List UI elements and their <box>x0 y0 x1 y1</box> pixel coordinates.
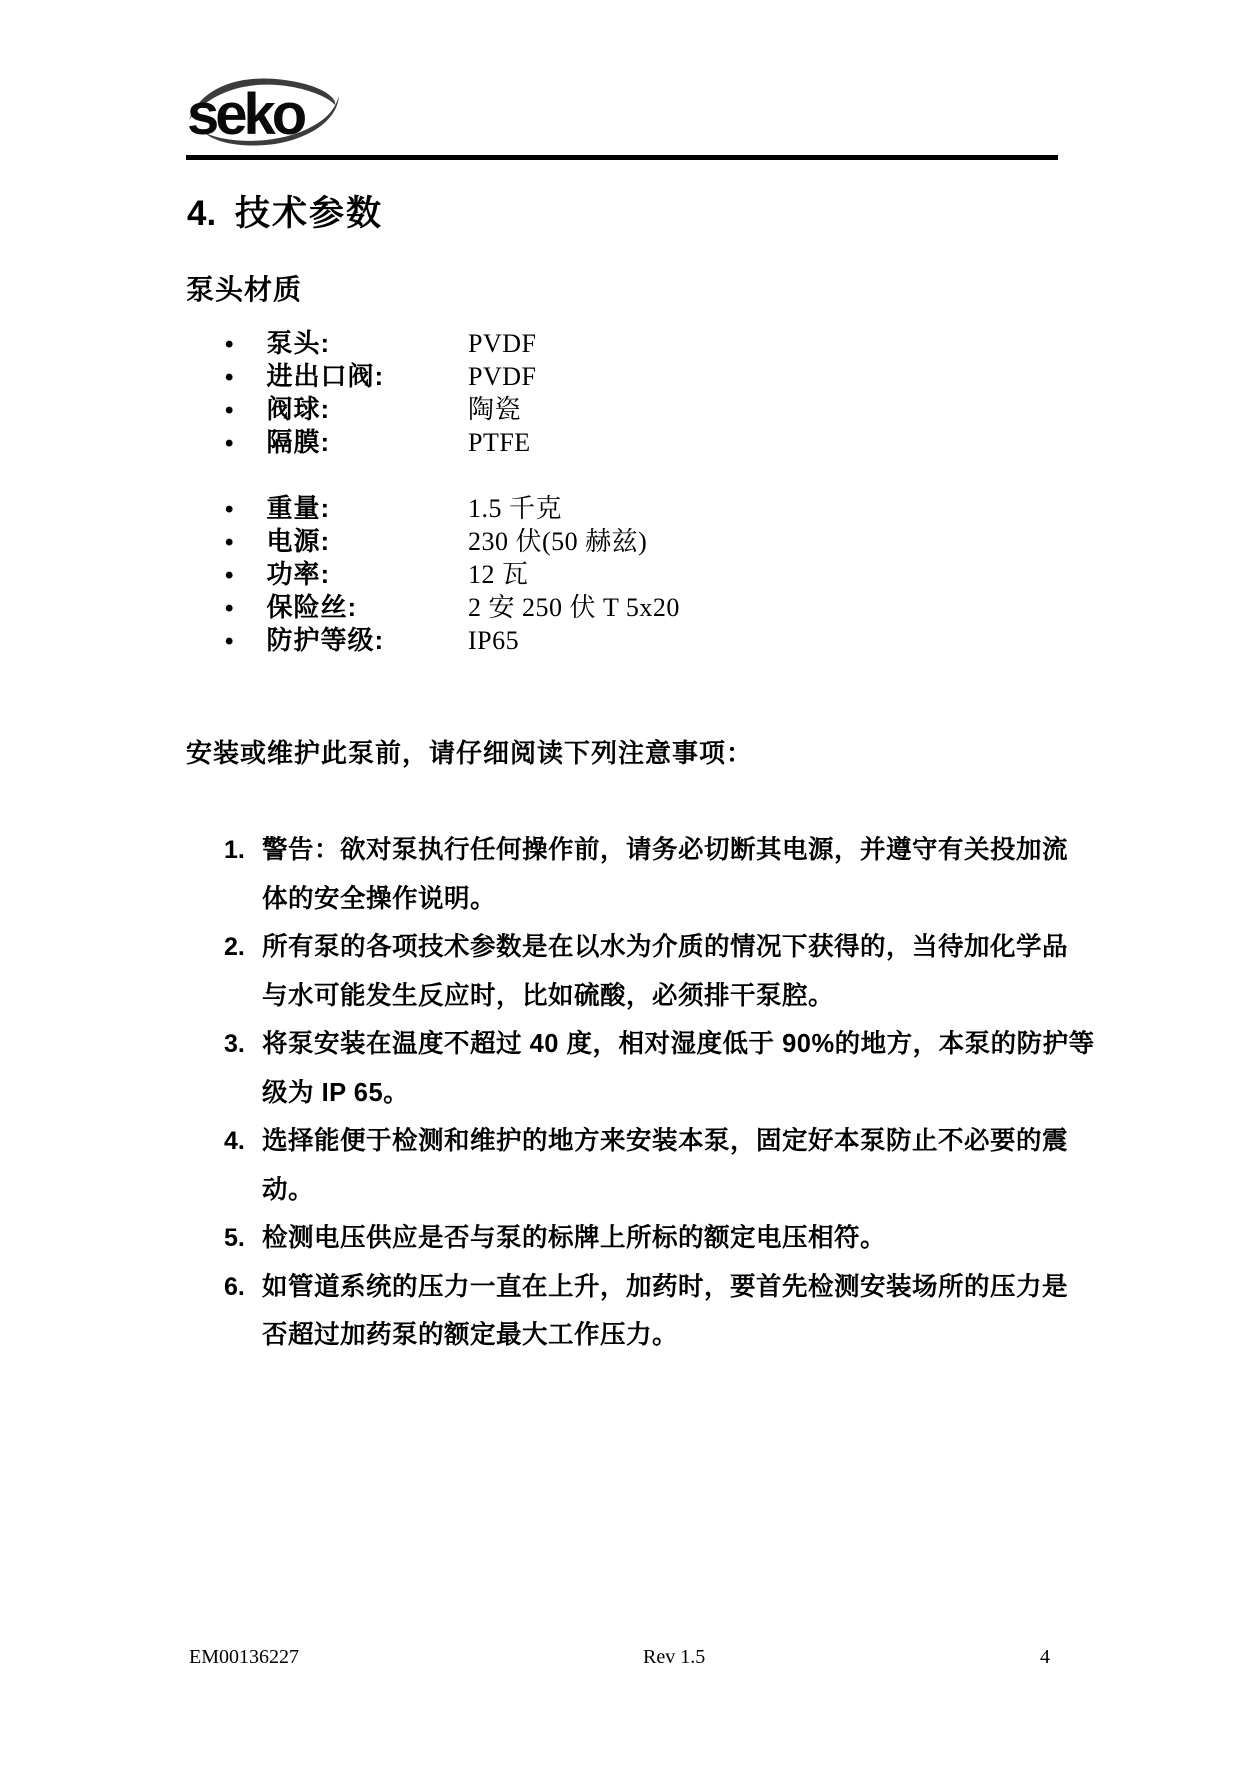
footer-doc-id: EM00136227 <box>189 1646 299 1669</box>
list-item-number: 1. <box>224 826 262 875</box>
text-line: 级为 IP 65。 <box>262 1069 1095 1118</box>
list-item: 3. 将泵安装在温度不超过 40 度，相对湿度低于 90%的地方，本泵的防护等 … <box>224 1020 1064 1117</box>
spec-label: 保险丝: <box>266 592 357 622</box>
spec-label: 阀球: <box>266 394 330 424</box>
seko-logo-graphic: seko <box>183 74 345 150</box>
list-item-number: 2. <box>224 923 262 972</box>
text-line: 选择能便于检测和维护的地方来安装本泵，固定好本泵防止不必要的震 <box>262 1117 1068 1166</box>
spec-value: IP65 <box>468 624 519 657</box>
list-item-number: 5. <box>224 1214 262 1263</box>
text-line: 将泵安装在温度不超过 40 度，相对湿度低于 90%的地方，本泵的防护等 <box>262 1020 1095 1069</box>
bullet-icon: • <box>225 361 262 394</box>
spec-label: 防护等级: <box>266 625 384 655</box>
general-spec-list: • 重量: 1.5 千克 • 电源: 230 伏(50 赫兹) • 功率: 12… <box>225 492 925 657</box>
section-heading: 4.技术参数 <box>187 186 383 236</box>
list-item-number: 4. <box>224 1117 262 1166</box>
list-item-text: 警告：欲对泵执行任何操作前，请务必切断其电源，并遵守有关投加流 体的安全操作说明… <box>262 826 1068 923</box>
section-number: 4. <box>187 194 235 234</box>
bullet-icon: • <box>225 427 262 460</box>
spec-row: • 防护等级: IP65 <box>225 624 925 657</box>
section-heading-text: 技术参数 <box>235 194 383 233</box>
precautions-list: 1. 警告：欲对泵执行任何操作前，请务必切断其电源，并遵守有关投加流 体的安全操… <box>224 826 1064 1360</box>
list-item: 5. 检测电压供应是否与泵的标牌上所标的额定电压相符。 <box>224 1214 1064 1263</box>
spec-row: • 进出口阀: PVDF <box>225 360 925 393</box>
spec-value: PVDF <box>468 327 536 360</box>
spec-row: • 泵头: PVDF <box>225 327 925 360</box>
bullet-icon: • <box>225 493 262 526</box>
list-item-text: 选择能便于检测和维护的地方来安装本泵，固定好本泵防止不必要的震 动。 <box>262 1117 1068 1214</box>
text-line: 所有泵的各项技术参数是在以水为介质的情况下获得的，当待加化学品 <box>262 923 1068 972</box>
spec-row: • 隔膜: PTFE <box>225 426 925 459</box>
list-item-number: 3. <box>224 1020 262 1069</box>
list-item-number: 6. <box>224 1263 262 1312</box>
text-line: 如管道系统的压力一直在上升，加药时，要首先检测安装场所的压力是 <box>262 1263 1068 1312</box>
bullet-icon: • <box>225 592 262 625</box>
text-line: 检测电压供应是否与泵的标牌上所标的额定电压相符。 <box>262 1214 1064 1263</box>
text-line: 体的安全操作说明。 <box>262 875 1068 924</box>
list-item: 1. 警告：欲对泵执行任何操作前，请务必切断其电源，并遵守有关投加流 体的安全操… <box>224 826 1064 923</box>
spec-value: PTFE <box>468 426 531 459</box>
list-item-text: 将泵安装在温度不超过 40 度，相对湿度低于 90%的地方，本泵的防护等 级为 … <box>262 1020 1095 1117</box>
text-line: 与水可能发生反应时，比如硫酸，必须排干泵腔。 <box>262 972 1068 1021</box>
spec-value: 230 伏(50 赫兹) <box>468 525 647 558</box>
document-page: seko 4.技术参数 泵头材质 • 泵头: PVDF • 进出口阀: PVDF… <box>0 0 1241 1766</box>
spec-value: 1.5 千克 <box>468 492 562 525</box>
spec-label: 泵头: <box>266 328 330 358</box>
spec-value: PVDF <box>468 360 536 393</box>
bullet-icon: • <box>225 526 262 559</box>
header-rule <box>186 155 1058 160</box>
spec-label: 电源: <box>266 526 330 556</box>
text-line: 动。 <box>262 1166 1068 1215</box>
page-footer: EM00136227 Rev 1.5 4 <box>0 1646 1241 1676</box>
list-item: 2. 所有泵的各项技术参数是在以水为介质的情况下获得的，当待加化学品 与水可能发… <box>224 923 1064 1020</box>
footer-page-number: 4 <box>1040 1646 1050 1669</box>
spec-value: 陶瓷 <box>468 393 521 426</box>
footer-revision: Rev 1.5 <box>643 1646 705 1669</box>
bullet-icon: • <box>225 559 262 592</box>
bullet-icon: • <box>225 328 262 361</box>
text-line: 警告：欲对泵执行任何操作前，请务必切断其电源，并遵守有关投加流 <box>262 826 1068 875</box>
list-item: 4. 选择能便于检测和维护的地方来安装本泵，固定好本泵防止不必要的震 动。 <box>224 1117 1064 1214</box>
spec-value: 2 安 250 伏 T 5x20 <box>468 591 680 624</box>
spec-row: • 电源: 230 伏(50 赫兹) <box>225 525 925 558</box>
subsection-title: 泵头材质 <box>186 268 302 308</box>
spec-label: 进出口阀: <box>266 361 384 391</box>
spec-row: • 功率: 12 瓦 <box>225 558 925 591</box>
logo-text: seko <box>187 82 306 147</box>
list-item-text: 检测电压供应是否与泵的标牌上所标的额定电压相符。 <box>262 1214 1064 1263</box>
bullet-icon: • <box>225 625 262 658</box>
spec-row: • 保险丝: 2 安 250 伏 T 5x20 <box>225 591 925 624</box>
list-item-text: 所有泵的各项技术参数是在以水为介质的情况下获得的，当待加化学品 与水可能发生反应… <box>262 923 1068 1020</box>
list-item-text: 如管道系统的压力一直在上升，加药时，要首先检测安装场所的压力是 否超过加药泵的额… <box>262 1263 1068 1360</box>
spec-label: 隔膜: <box>266 427 330 457</box>
seko-logo: seko <box>183 74 345 150</box>
spec-value: 12 瓦 <box>468 558 529 591</box>
text-line: 否超过加药泵的额定最大工作压力。 <box>262 1311 1068 1360</box>
material-spec-list: • 泵头: PVDF • 进出口阀: PVDF • 阀球: 陶瓷 • 隔膜: P… <box>225 327 925 459</box>
spec-row: • 阀球: 陶瓷 <box>225 393 925 426</box>
spec-label: 功率: <box>266 559 330 589</box>
spec-label: 重量: <box>266 493 330 523</box>
list-item: 6. 如管道系统的压力一直在上升，加药时，要首先检测安装场所的压力是 否超过加药… <box>224 1263 1064 1360</box>
notice-heading: 安装或维护此泵前，请仔细阅读下列注意事项： <box>186 733 753 770</box>
spec-row: • 重量: 1.5 千克 <box>225 492 925 525</box>
bullet-icon: • <box>225 394 262 427</box>
